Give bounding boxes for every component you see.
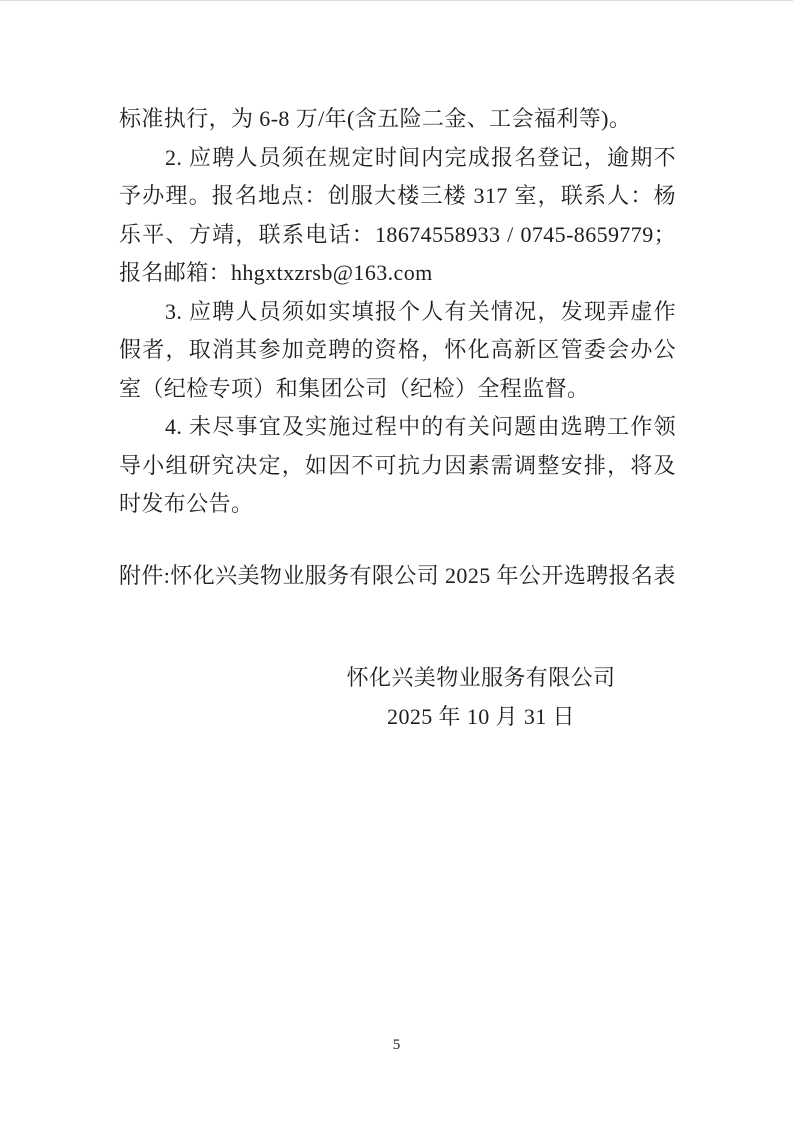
signature-block: 怀化兴美物业服务有限公司 2025 年 10 月 31 日: [311, 658, 651, 736]
paragraph: 标准执行，为 6-8 万/年(含五险二金、工会福利等)。: [119, 100, 676, 139]
paragraph: 2. 应聘人员须在规定时间内完成报名登记，逾期不予办理。报名地点：创服大楼三楼 …: [119, 139, 676, 293]
attachment-line: 附件:怀化兴美物业服务有限公司 2025 年公开选聘报名表: [119, 557, 676, 596]
paragraph: 3. 应聘人员须如实填报个人有关情况，发现弄虚作假者，取消其参加竞聘的资格，怀化…: [119, 293, 676, 409]
signature-date: 2025 年 10 月 31 日: [311, 697, 651, 736]
page-number: 5: [0, 1037, 793, 1054]
body-paragraphs: 标准执行，为 6-8 万/年(含五险二金、工会福利等)。2. 应聘人员须在规定时…: [119, 100, 676, 524]
signature-company: 怀化兴美物业服务有限公司: [311, 658, 651, 697]
document-body: 标准执行，为 6-8 万/年(含五险二金、工会福利等)。2. 应聘人员须在规定时…: [119, 1, 676, 736]
paragraph: 4. 未尽事宜及实施过程中的有关问题由选聘工作领导小组研究决定，如因不可抗力因素…: [119, 408, 676, 524]
document-page: 标准执行，为 6-8 万/年(含五险二金、工会福利等)。2. 应聘人员须在规定时…: [0, 0, 793, 1122]
